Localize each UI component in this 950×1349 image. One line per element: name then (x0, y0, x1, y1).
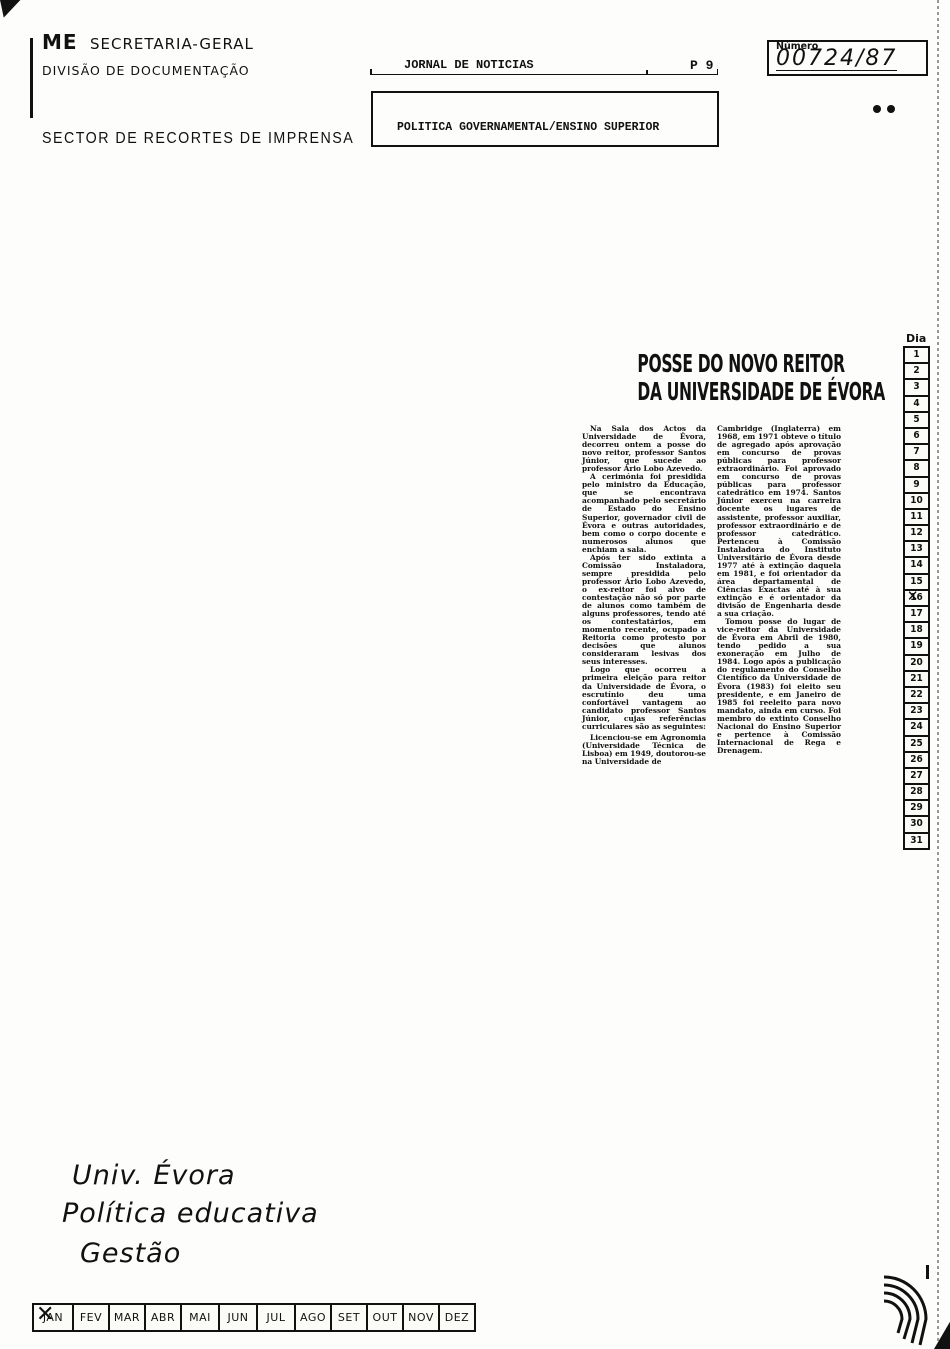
paragraph: Tomou posse do lugar de vice-reitor da U… (717, 618, 841, 755)
punch-dots (873, 98, 901, 117)
day-cell: 3 (905, 380, 928, 394)
month-cell: DEZ (440, 1305, 474, 1330)
day-cell: 30 (905, 817, 928, 831)
month-cell: JUN (220, 1305, 256, 1330)
record-number-value: 00724/87 (776, 48, 897, 71)
article-headline: POSSE DO NOVO REITOR DA UNIVERSIDADE DE … (637, 350, 798, 406)
day-selector: 1234567891011121314151617181920212223242… (903, 346, 930, 850)
handwritten-note-3: Gestão (80, 1238, 181, 1269)
paragraph: A cerimónia foi presidida pelo ministro … (582, 473, 706, 553)
day-cell: 16 (905, 591, 928, 605)
day-cell: 18 (905, 623, 928, 637)
day-cell: 23 (905, 704, 928, 718)
day-cell: 31 (905, 834, 928, 848)
month-cell: NOV (404, 1305, 438, 1330)
headline-line-2: DA UNIVERSIDADE DE ÉVORA (637, 378, 798, 406)
handwritten-note-2: Política educativa (62, 1198, 319, 1229)
org-name: SECRETARIA-GERAL (90, 35, 254, 53)
day-cell: 28 (905, 785, 928, 799)
day-cell: 2 (905, 364, 928, 378)
month-cell: JUL (258, 1305, 294, 1330)
month-cell: FEV (74, 1305, 108, 1330)
journal-name: JORNAL DE NOTICIAS (404, 58, 534, 72)
day-cell: 10 (905, 494, 928, 508)
day-cell: 7 (905, 445, 928, 459)
day-cell: 25 (905, 737, 928, 751)
month-cell: MAI (182, 1305, 218, 1330)
month-cell: ABR (146, 1305, 180, 1330)
day-cell: 20 (905, 656, 928, 670)
day-cell: 11 (905, 510, 928, 524)
topic-label: POLITICA GOVERNAMENTAL/ENSINO SUPERIOR (397, 121, 659, 134)
article-column-2: Cambridge (Inglaterra) em 1968, em 1971 … (717, 425, 841, 755)
day-cell: 4 (905, 397, 928, 411)
left-rule (30, 38, 33, 118)
day-cell: 27 (905, 769, 928, 783)
day-label: Dia (906, 332, 926, 345)
handwritten-note-1: Univ. Évora (72, 1160, 236, 1191)
paragraph: Após ter sido extinta a Comissão Instala… (582, 554, 706, 667)
day-cell: 24 (905, 720, 928, 734)
month-selector: JANFEVMARABRMAIJUNJULAGOSETOUTNOVDEZ (32, 1303, 476, 1332)
day-cell: 5 (905, 413, 928, 427)
month-cell: SET (332, 1305, 366, 1330)
topic-box (371, 91, 719, 147)
org-abbr: ME (42, 30, 78, 54)
paragraph: Na Sala dos Actos da Universidade de Évo… (582, 425, 706, 473)
month-cell: MAR (110, 1305, 144, 1330)
day-cell: 26 (905, 753, 928, 767)
corner-mark (0, 0, 29, 18)
day-cell: 17 (905, 607, 928, 621)
month-cell: AGO (296, 1305, 330, 1330)
page-edge (937, 0, 939, 1349)
day-cell: 21 (905, 672, 928, 686)
day-cell: 6 (905, 429, 928, 443)
day-cell: 14 (905, 558, 928, 572)
sector-name: SECTOR DE RECORTES DE IMPRENSA (42, 130, 354, 148)
day-cell: 8 (905, 461, 928, 475)
day-cell: 9 (905, 478, 928, 492)
page-number: P 9 (690, 58, 713, 73)
day-cell: 22 (905, 688, 928, 702)
paragraph: Cambridge (Inglaterra) em 1968, em 1971 … (717, 425, 841, 618)
headline-line-1: POSSE DO NOVO REITOR (637, 350, 798, 378)
day-cell: 12 (905, 526, 928, 540)
month-cell: JAN (34, 1305, 72, 1330)
month-cell: OUT (368, 1305, 402, 1330)
day-cell: 29 (905, 801, 928, 815)
article-column-1: Na Sala dos Actos da Universidade de Évo… (582, 425, 706, 766)
division-name: DIVISÃO DE DOCUMENTAÇÃO (42, 63, 250, 78)
day-cell: 1 (905, 348, 928, 362)
archive-logo-icon (884, 1265, 950, 1349)
paragraph: Logo que ocorreu a primeira eleição para… (582, 666, 706, 730)
day-cell: 13 (905, 542, 928, 556)
day-cell: 19 (905, 639, 928, 653)
paragraph: Licenciou-se em Agronomia (Universidade … (582, 734, 706, 766)
